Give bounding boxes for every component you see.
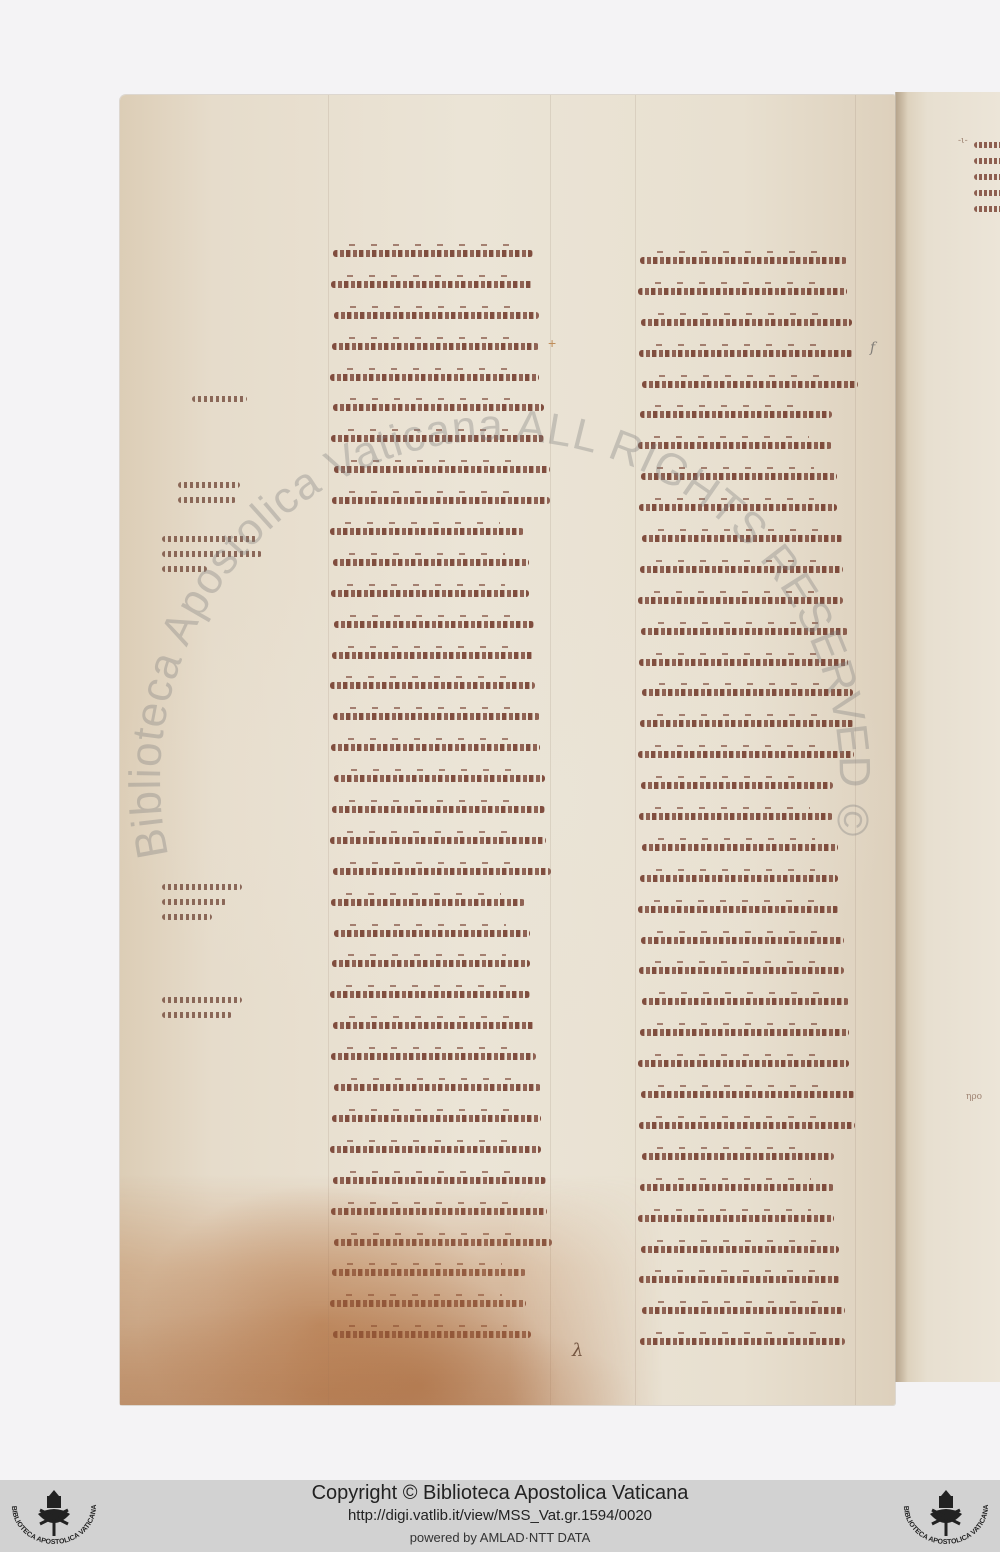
manuscript-line: [330, 1288, 550, 1319]
manuscript-line: [330, 979, 550, 1010]
manuscript-line: [638, 430, 856, 461]
facing-page-text: [974, 174, 1000, 180]
manuscript-line: [330, 423, 550, 454]
manuscript-line: [638, 647, 856, 678]
manuscript-line: [330, 1072, 550, 1103]
manuscript-line: [638, 739, 856, 770]
ruling-line: [635, 95, 636, 1405]
manuscript-line: [330, 547, 550, 578]
copyright-text: Copyright © Biblioteca Apostolica Vatica…: [0, 1482, 1000, 1505]
manuscript-line: [330, 1010, 550, 1041]
ruling-line: [550, 95, 551, 1405]
manuscript-line: [638, 1141, 856, 1172]
manuscript-line: [638, 1264, 856, 1295]
manuscript-line: [330, 1103, 550, 1134]
manuscript-line: [638, 986, 856, 1017]
manuscript-line: [330, 887, 550, 918]
manuscript-line: [330, 1196, 550, 1227]
manuscript-line: [638, 832, 856, 863]
manuscript-line: [330, 1041, 550, 1072]
manuscript-line: [330, 1165, 550, 1196]
facing-page-mark: -ι-: [958, 136, 968, 146]
manuscript-line: [330, 856, 550, 887]
manuscript-line: [330, 1319, 550, 1350]
manuscript-line: [638, 1295, 856, 1326]
manuscript-line: [638, 461, 856, 492]
manuscript-line: [638, 1326, 856, 1357]
manuscript-line: [330, 918, 550, 949]
manuscript-line: [330, 238, 550, 269]
text-column-left: [330, 238, 550, 1350]
marginal-note: [162, 527, 272, 581]
manuscript-line: [330, 485, 550, 516]
papal-keys-tiara-icon: [930, 1490, 962, 1536]
manuscript-line: [330, 763, 550, 794]
manuscript-url[interactable]: http://digi.vatlib.it/view/MSS_Vat.gr.15…: [0, 1507, 1000, 1524]
facing-page-mark: ηρο: [966, 1092, 982, 1102]
manuscript-line: [330, 454, 550, 485]
manuscript-line: [638, 894, 856, 925]
powered-by-text: powered by AMLAD·NTT DATA: [0, 1530, 1000, 1545]
binding-gutter: [896, 92, 908, 1382]
manuscript-line: [638, 925, 856, 956]
manuscript-line: [330, 794, 550, 825]
manuscript-line: [330, 825, 550, 856]
manuscript-line: [638, 1017, 856, 1048]
marginal-note: [178, 473, 248, 512]
manuscript-folio: + f λ: [120, 95, 895, 1405]
text-column-right: [638, 245, 856, 1357]
manuscript-line: [638, 399, 856, 430]
manuscript-line: [638, 801, 856, 832]
manuscript-line: [638, 1079, 856, 1110]
facing-page-text: [974, 158, 1000, 164]
manuscript-line: [330, 578, 550, 609]
manuscript-line: [330, 701, 550, 732]
manuscript-line: [330, 609, 550, 640]
manuscript-line: [330, 1134, 550, 1165]
manuscript-line: [638, 1234, 856, 1265]
manuscript-line: [638, 492, 856, 523]
manuscript-line: [330, 640, 550, 671]
vatican-library-logo-right: BIBLIOTECA APOSTOLICA VATICANA: [894, 1484, 998, 1548]
manuscript-line: [330, 331, 550, 362]
facing-page-text: [974, 142, 1000, 148]
manuscript-line: [638, 1203, 856, 1234]
manuscript-line: [330, 269, 550, 300]
manuscript-line: [638, 1172, 856, 1203]
manuscript-line: [638, 276, 856, 307]
manuscript-line: [638, 554, 856, 585]
folio-number-mark: λ: [572, 1340, 583, 1361]
manuscript-line: [638, 1110, 856, 1141]
manuscript-line: [330, 732, 550, 763]
facing-page-text: [974, 206, 1000, 212]
manuscript-line: [330, 300, 550, 331]
marginal-sign-icon: f: [870, 340, 875, 356]
manuscript-line: [638, 369, 856, 400]
manuscript-line: [638, 523, 856, 554]
manuscript-line: [638, 677, 856, 708]
cross-mark-icon: +: [548, 335, 556, 351]
manuscript-line: [330, 1227, 550, 1258]
manuscript-line: [638, 245, 856, 276]
manuscript-line: [330, 362, 550, 393]
footer-bar: Copyright © Biblioteca Apostolica Vatica…: [0, 1480, 1000, 1552]
manuscript-line: [638, 863, 856, 894]
papal-keys-tiara-icon: [38, 1490, 70, 1536]
facing-page-edge: -ι- ηρο: [895, 92, 1000, 1382]
manuscript-line: [638, 338, 856, 369]
vatican-library-logo-left: BIBLIOTECA APOSTOLICA VATICANA: [2, 1484, 106, 1548]
marginal-note: [162, 988, 262, 1027]
manuscript-line: [330, 670, 550, 701]
ruling-line: [328, 95, 329, 1405]
manuscript-line: [330, 516, 550, 547]
marginal-note: [192, 387, 252, 411]
manuscript-line: [638, 616, 856, 647]
manuscript-line: [330, 392, 550, 423]
manuscript-line: [638, 708, 856, 739]
manuscript-line: [330, 1257, 550, 1288]
manuscript-line: [638, 307, 856, 338]
manuscript-line: [638, 585, 856, 616]
manuscript-line: [638, 770, 856, 801]
marginal-note: [162, 875, 262, 929]
facing-page-text: [974, 190, 1000, 196]
manuscript-line: [330, 948, 550, 979]
manuscript-line: [638, 1048, 856, 1079]
manuscript-line: [638, 955, 856, 986]
